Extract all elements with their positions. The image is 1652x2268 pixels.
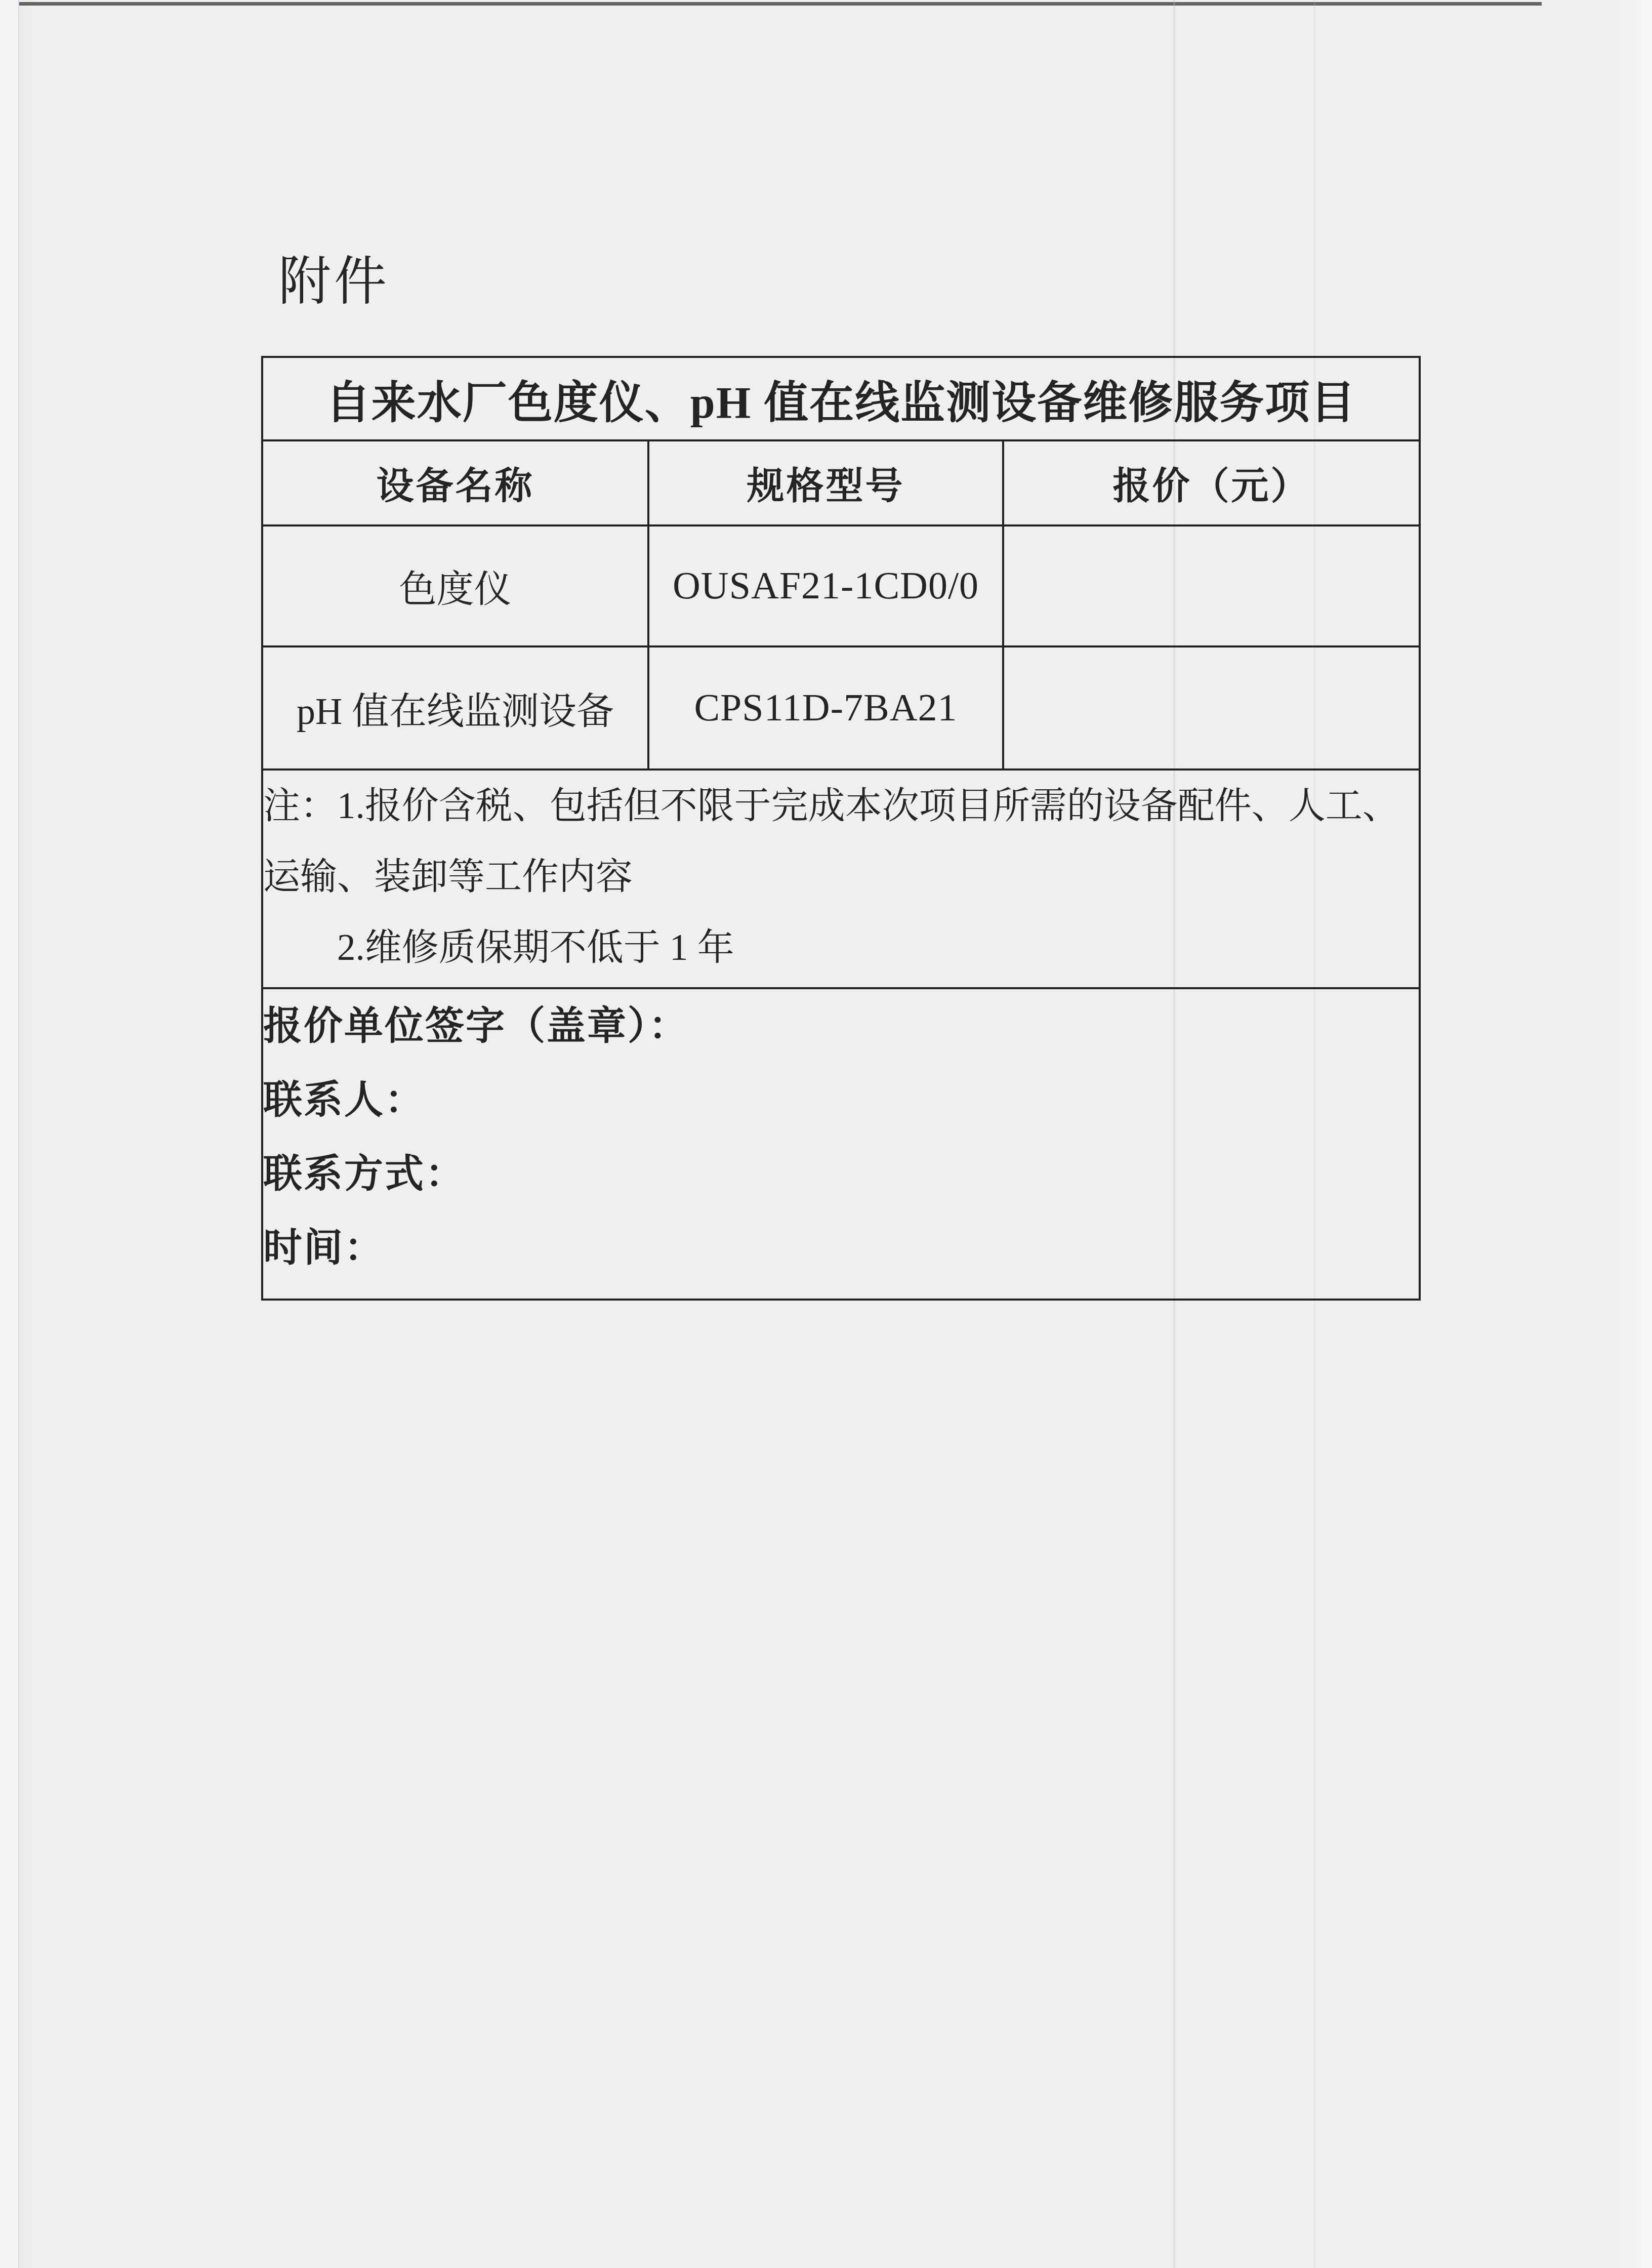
signature-seal-label: 报价单位签字（盖章）： — [263, 989, 1419, 1063]
scan-edge-artifact-left — [0, 0, 19, 2268]
table-header-row: 设备名称 规格型号 报价（元） — [262, 440, 1420, 525]
scan-edge-artifact-right — [1641, 0, 1652, 2268]
quote-table: 自来水厂色度仪、pH 值在线监测设备维修服务项目 设备名称 规格型号 报价（元）… — [261, 356, 1421, 1301]
contact-method-label: 联系方式： — [263, 1137, 1419, 1211]
note-line-1: 注：1.报价含税、包括但不限于完成本次项目所需的设备配件、人工、 — [263, 771, 1419, 841]
note-cell: 注：1.报价含税、包括但不限于完成本次项目所需的设备配件、人工、 运输、装卸等工… — [262, 769, 1420, 988]
device-name-cell: pH 值在线监测设备 — [262, 646, 648, 769]
table-title: 自来水厂色度仪、pH 值在线监测设备维修服务项目 — [262, 357, 1420, 440]
note-line-2: 运输、装卸等工作内容 — [263, 841, 1419, 912]
column-header-device-name: 设备名称 — [262, 440, 648, 525]
column-header-model: 规格型号 — [648, 440, 1003, 525]
attachment-heading: 附件 — [278, 252, 390, 313]
signature-cell: 报价单位签字（盖章）： 联系人： 联系方式： 时间： — [262, 988, 1420, 1300]
price-cell-empty — [1003, 646, 1420, 769]
table-row: pH 值在线监测设备 CPS11D-7BA21 — [262, 646, 1420, 769]
scanned-document-page: 附件 自来水厂色度仪、pH 值在线监测设备维修服务项目 设备名称 规格型号 报价… — [0, 0, 1652, 2268]
column-header-price: 报价（元） — [1003, 440, 1420, 525]
model-cell: CPS11D-7BA21 — [648, 646, 1003, 769]
price-cell-empty — [1003, 525, 1420, 646]
table-row: 色度仪 OUSAF21-1CD0/0 — [262, 525, 1420, 646]
table-title-row: 自来水厂色度仪、pH 值在线监测设备维修服务项目 — [262, 357, 1420, 440]
contact-person-label: 联系人： — [263, 1063, 1419, 1137]
model-cell: OUSAF21-1CD0/0 — [648, 525, 1003, 646]
table-signature-row: 报价单位签字（盖章）： 联系人： 联系方式： 时间： — [262, 988, 1420, 1300]
note-line-3: 2.维修质保期不低于 1 年 — [337, 912, 1419, 983]
scan-edge-artifact-top — [18, 2, 1542, 6]
time-label: 时间： — [263, 1211, 1419, 1285]
table-note-row: 注：1.报价含税、包括但不限于完成本次项目所需的设备配件、人工、 运输、装卸等工… — [262, 769, 1420, 988]
device-name-cell: 色度仪 — [262, 525, 648, 646]
